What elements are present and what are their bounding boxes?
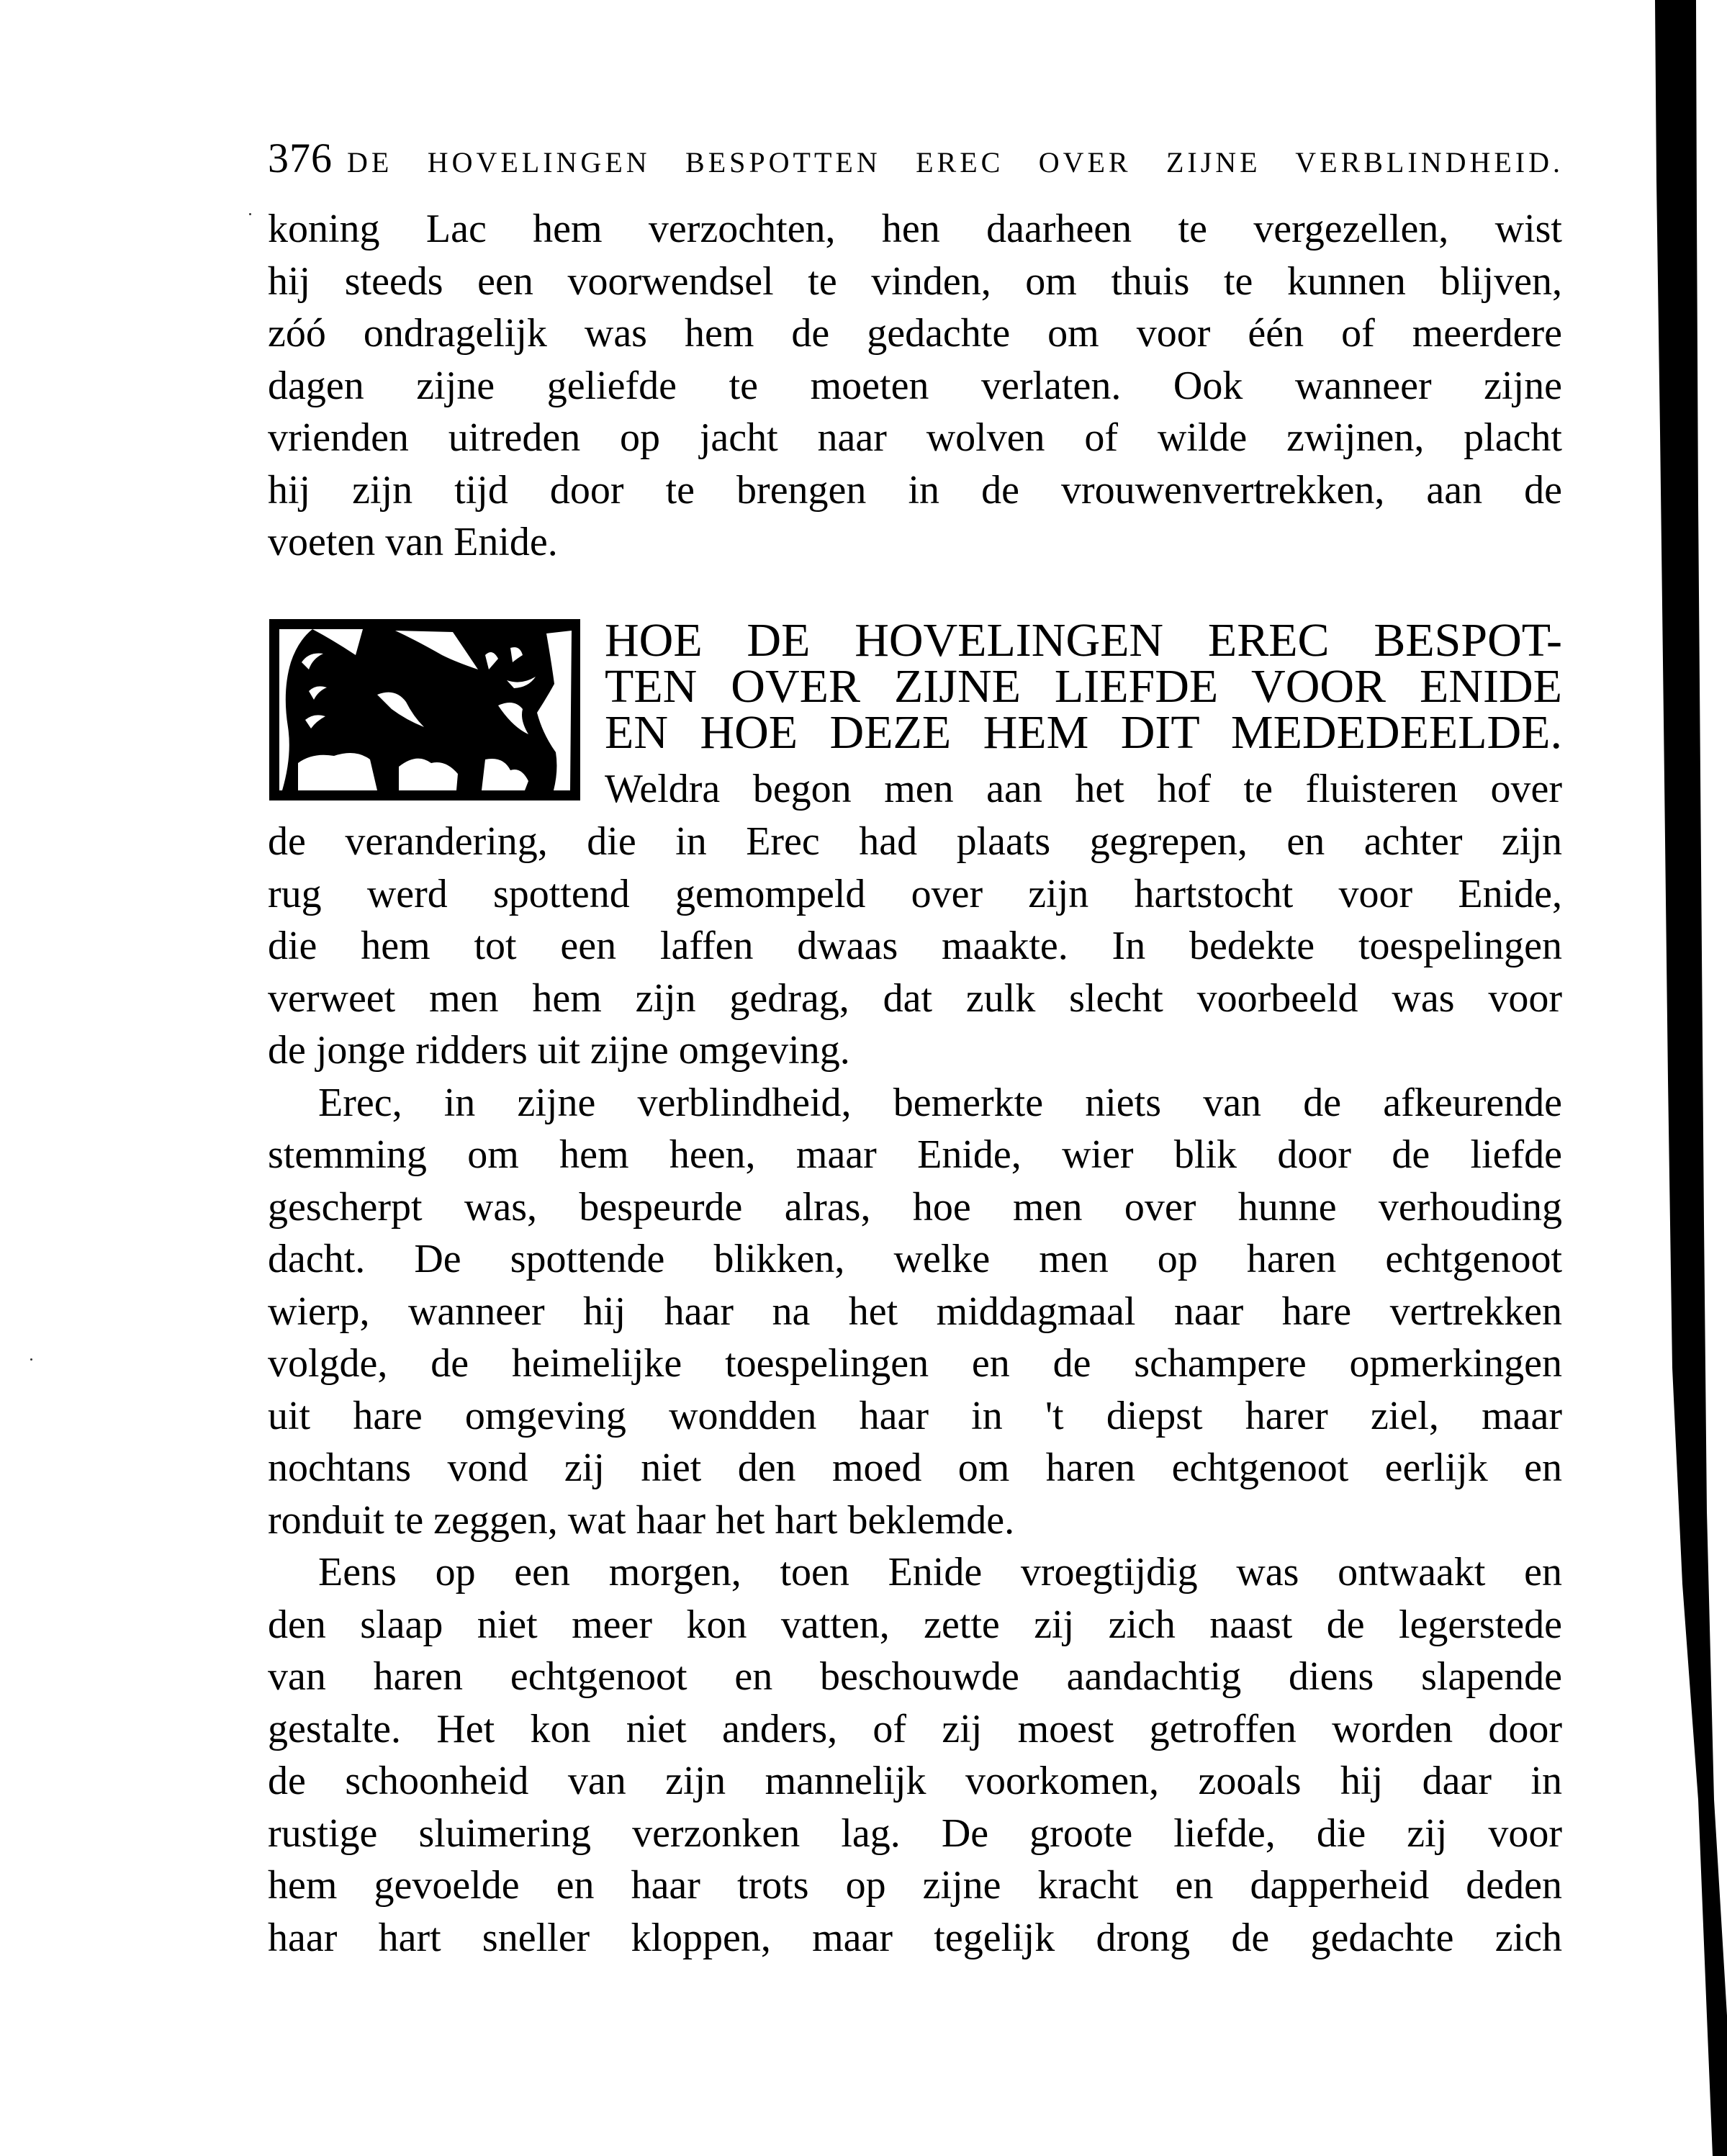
paragraph: Erec, in zijne verblindheid, bemerkte ni… [268,1077,1562,1547]
chapter-heading: HOE DE HOVELINGEN EREC BESPOT- TEN OVER … [605,618,1562,756]
text-line: de jonge ridders uit zijne omgeving. [268,1024,1562,1077]
woodcut-lion-icon [269,619,580,800]
text-line: Erec, in zijne verblindheid, bemerkte ni… [268,1077,1562,1129]
text-line: hij zijn tijd door te brengen in de vrou… [268,464,1562,517]
text-line: vrienden uitreden op jacht naar wolven o… [268,412,1562,464]
heading-line: EN HOE DEZE HEM DIT MEDEDEELDE. [605,710,1562,756]
book-page: 376 DE HOVELINGEN BESPOTTEN EREC OVER ZI… [0,0,1727,2156]
scan-speck [249,213,251,215]
page-number: 376 [268,134,333,182]
running-header: 376 DE HOVELINGEN BESPOTTEN EREC OVER ZI… [268,134,1564,184]
text-line: gestalte. Het kon niet anders, of zij mo… [268,1703,1562,1756]
text-line: dacht. De spottende blikken, welke men o… [268,1233,1562,1286]
text-line: hij steeds een voorwendsel te vinden, om… [268,256,1562,308]
text-line: zóó ondragelijk was hem de gedachte om v… [268,307,1562,360]
text-line: dagen zijne geliefde te moeten verlaten.… [268,360,1562,412]
text-line: wierp, wanneer hij haar na het middagmaa… [268,1286,1562,1338]
heading-line: HOE DE HOVELINGEN EREC BESPOT- [605,618,1562,664]
text-line: van haren echtgenoot en beschouwde aanda… [268,1651,1562,1703]
text-line: verweet men hem zijn gedrag, dat zulk sl… [268,973,1562,1025]
scanned-page-edge-shadow [1626,0,1727,2156]
text-line: Weldra begon men aan het hof te fluister… [605,763,1562,816]
text-line: nochtans vond zij niet den moed om haren… [268,1442,1562,1494]
text-line: hem gevoelde en haar trots op zijne krac… [268,1859,1562,1912]
scan-speck [30,1358,32,1361]
opening-paragraph: koning Lac hem verzochten, hen daarheen … [268,203,1562,569]
text-line: stemming om hem heen, maar Enide, wier b… [268,1129,1562,1181]
text-line: die hem tot een laffen dwaas maakte. In … [268,920,1562,973]
text-line: volgde, de heimelijke toespelingen en de… [268,1338,1562,1390]
text-line: Eens op een morgen, toen Enide vroegtijd… [268,1546,1562,1599]
text-line: rustige sluimering verzonken lag. De gro… [268,1808,1562,1860]
text-line: koning Lac hem verzochten, hen daarheen … [268,203,1562,256]
chapter-body: de verandering, die in Erec had plaats g… [268,816,1562,1964]
running-title: DE HOVELINGEN BESPOTTEN EREC OVER ZIJNE … [347,145,1564,179]
chapter-first-line: Weldra begon men aan het hof te fluister… [605,763,1562,816]
text-line: rug werd spottend gemompeld over zijn ha… [268,868,1562,921]
text-line: haar hart sneller kloppen, maar tegelijk… [268,1912,1562,1965]
text-line: gescherpt was, bespeurde alras, hoe men … [268,1181,1562,1234]
text-line: de schoonheid van zijn mannelijk voorkom… [268,1755,1562,1808]
heading-line: TEN OVER ZIJNE LIEFDE VOOR ENIDE [605,664,1562,710]
paragraph: Eens op een morgen, toen Enide vroegtijd… [268,1546,1562,1964]
text-line: uit hare omgeving wondden haar in 't die… [268,1390,1562,1443]
text-line: de verandering, die in Erec had plaats g… [268,816,1562,868]
text-line: ronduit te zeggen, wat haar het hart bek… [268,1494,1562,1547]
paragraph: de verandering, die in Erec had plaats g… [268,816,1562,1077]
text-line: den slaap niet meer kon vatten, zette zi… [268,1599,1562,1651]
text-line: voeten van Enide. [268,516,1562,569]
